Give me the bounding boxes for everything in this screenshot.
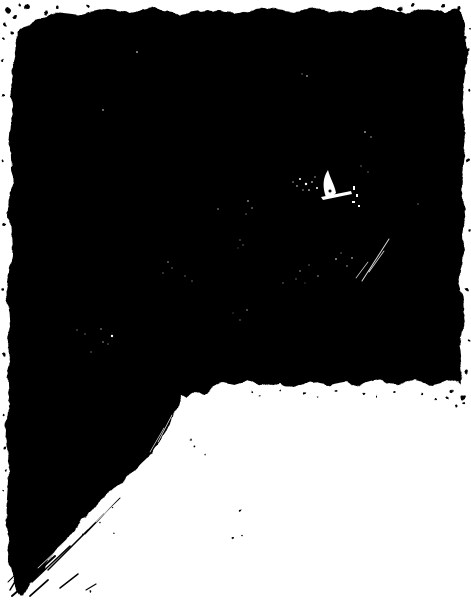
sail-shadow-notch <box>329 190 332 193</box>
ink-print-canvas <box>0 0 471 600</box>
ink-print-artwork <box>0 0 471 600</box>
